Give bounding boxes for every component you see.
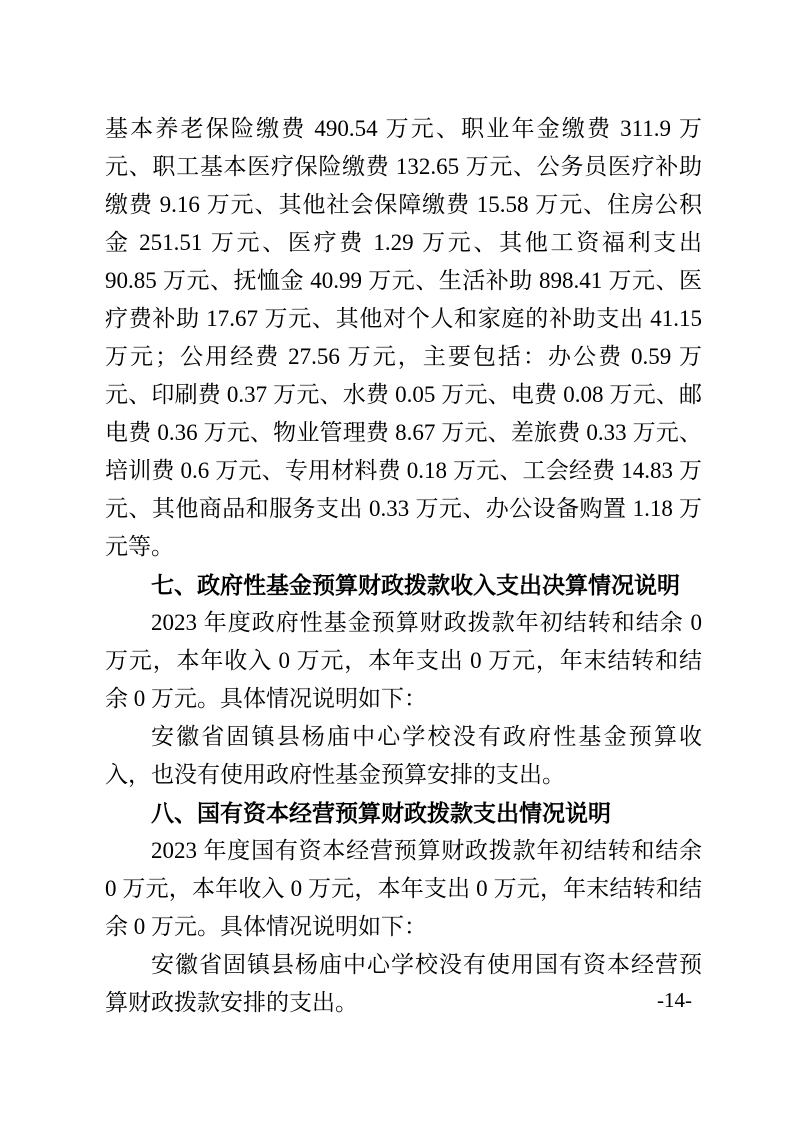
body-paragraph-gov-fund-note: 安徽省固镇县杨庙中心学校没有政府性基金预算收入，也没有使用政府性基金预算安排的支… (105, 718, 702, 794)
page-number: -14- (105, 988, 702, 1012)
body-paragraph-gov-fund-summary: 2023 年度政府性基金预算财政拨款年初结转和结余 0 万元，本年收入 0 万元… (105, 604, 702, 718)
section-heading-seven: 七、政府性基金预算财政拨款收入支出决算情况说明 (105, 566, 702, 604)
document-body: 基本养老保险缴费 490.54 万元、职业年金缴费 311.9 万元、职工基本医… (105, 110, 702, 1022)
body-paragraph-wage-welfare-detail: 基本养老保险缴费 490.54 万元、职业年金缴费 311.9 万元、职工基本医… (105, 110, 702, 566)
document-page: 基本养老保险缴费 490.54 万元、职业年金缴费 311.9 万元、职工基本医… (0, 0, 794, 1122)
section-heading-eight: 八、国有资本经营预算财政拨款支出情况说明 (105, 794, 702, 832)
body-paragraph-state-capital-summary: 2023 年度国有资本经营预算财政拨款年初结转和结余 0 万元，本年收入 0 万… (105, 832, 702, 946)
